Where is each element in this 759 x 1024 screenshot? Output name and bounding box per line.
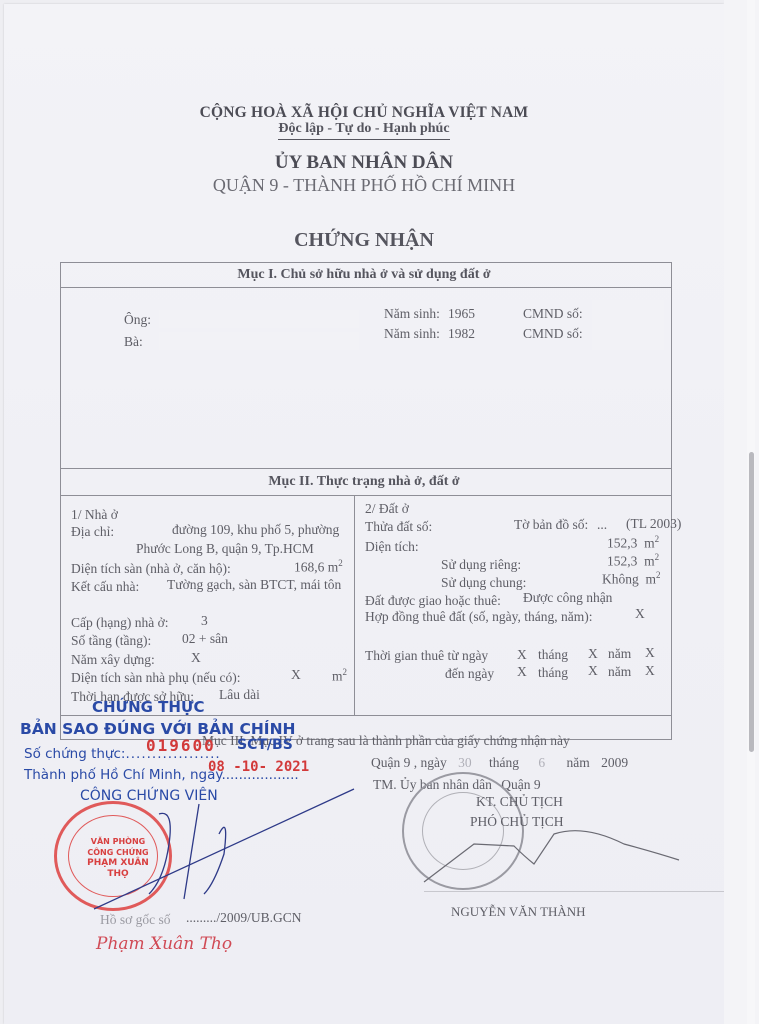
cert-book: SCT/BS	[237, 737, 293, 753]
divider	[354, 495, 355, 715]
unit: m	[328, 560, 339, 575]
allocation-label: Đất được giao hoặc thuê:	[365, 593, 501, 609]
lease-to-month: X	[588, 663, 598, 679]
notary-stamp-line1: CHỨNG THỰC	[92, 698, 205, 716]
owner-2-birth-label: Năm sinh:	[384, 326, 440, 342]
authority-location: QUẬN 9 - THÀNH PHỐ HỒ CHÍ MINH	[4, 175, 724, 196]
map-sheet-value: ...	[597, 517, 607, 533]
owner-2-name-redacted	[159, 332, 359, 350]
grade-label: Cấp (hạng) nhà ở:	[71, 615, 169, 631]
cert-no-label-text: Số chứng thực:	[24, 746, 125, 762]
document-page: CỘNG HOÀ XÃ HỘI CHỦ NGHĨA VIỆT NAM Độc l…	[4, 4, 724, 1024]
lease-from-year: X	[645, 645, 655, 661]
address-label: Địa chỉ:	[71, 524, 114, 540]
lease-contract-label: Hợp đồng thuê đất (số, ngày, tháng, năm)…	[365, 609, 592, 625]
lease-from-label: Thời gian thuê từ ngày	[365, 648, 488, 664]
land-area-label: Diện tích:	[365, 539, 419, 555]
divider	[60, 495, 672, 496]
land-area-value: 152,3 m2	[607, 534, 659, 552]
owner-1-id-label: CMND số:	[523, 306, 583, 322]
year-built-value: X	[191, 650, 201, 666]
floors-value: 02 + sân	[182, 631, 228, 647]
section2-title-text: Mục II. Thực trạng nhà ở, đất ở	[268, 474, 459, 489]
sign-year-label: năm	[566, 755, 589, 770]
aux-area-label: Diện tích sàn nhà phụ (nếu có):	[71, 670, 240, 686]
national-title: CỘNG HOÀ XÃ HỘI CHỦ NGHĨA VIỆT NAM	[4, 104, 724, 122]
national-motto: Độc lập - Tự do - Hạnh phúc	[4, 121, 724, 137]
owner-2-label: Bà:	[124, 334, 143, 350]
authority-title: ỦY BAN NHÂN DÂN	[4, 152, 724, 174]
lease-to-month-label: tháng	[538, 665, 568, 681]
floors-label: Số tầng (tầng):	[71, 633, 151, 649]
section2-title: Mục II. Thực trạng nhà ở, đất ở	[62, 474, 666, 490]
divider	[60, 468, 672, 469]
common-use-value: Không m2	[602, 570, 661, 588]
signature-line	[424, 891, 724, 892]
private-use-value: 152,3 m2	[607, 552, 659, 570]
lease-to-day: X	[517, 664, 527, 680]
lease-from-day: X	[517, 647, 527, 663]
allocation-value: Được công nhận	[523, 590, 612, 606]
common-use-label: Sử dụng chung:	[441, 575, 526, 591]
owner-1-name-redacted	[159, 310, 359, 328]
lease-from-year-label: năm	[608, 646, 631, 662]
original-file-label: Hồ sơ gốc số	[100, 912, 171, 928]
lease-contract-value: X	[635, 606, 645, 622]
notary-date: 08 -10- 2021	[208, 759, 309, 775]
address-line2: Phước Long B, quận 9, Tp.HCM	[136, 541, 314, 557]
address-line1: đường 109, khu phố 5, phường	[172, 522, 339, 538]
lease-to-label: đến ngày	[445, 666, 494, 682]
house-heading: 1/ Nhà ở	[71, 507, 118, 523]
divider	[60, 287, 672, 288]
sign-month: 6	[538, 755, 545, 770]
owner-2-id-label: CMND số:	[523, 326, 583, 342]
unit: m	[646, 572, 657, 587]
unit: m	[332, 669, 343, 684]
owner-1-label: Ông:	[124, 312, 151, 328]
private-use-label: Sử dụng riêng:	[441, 557, 521, 573]
place-prefix: Quận 9 , ngày	[371, 755, 447, 770]
lease-from-month-label: tháng	[538, 647, 568, 663]
owner-1-birth-year: 1965	[448, 306, 475, 322]
plot-label: Thửa đất số:	[365, 519, 432, 535]
map-sheet-label: Tờ bản đồ số:	[514, 517, 588, 533]
owner-1-birth-label: Năm sinh:	[384, 306, 440, 322]
lease-to-year: X	[645, 663, 655, 679]
grade-value: 3	[201, 613, 208, 629]
cert-no-value: 019600	[146, 736, 216, 755]
structure-label: Kết cấu nhà:	[71, 579, 139, 595]
lease-from-month: X	[588, 646, 598, 662]
land-heading: 2/ Đất ở	[365, 501, 409, 517]
aux-area-unit: m2	[332, 667, 347, 685]
owner-1-id-redacted	[592, 300, 664, 324]
unit: m	[644, 536, 655, 551]
common-use-number: Không	[602, 572, 639, 587]
map-ref: (TL 2003)	[626, 516, 681, 532]
lease-to-year-label: năm	[608, 664, 631, 680]
sign-month-label: tháng	[489, 755, 519, 770]
private-use-number: 152,3	[607, 554, 637, 569]
notary-signature	[64, 784, 364, 914]
document-title: CHỨNG NHẬN	[4, 229, 724, 252]
structure-value: Tường gạch, sàn BTCT, mái tôn	[167, 577, 341, 593]
floor-area-label: Diện tích sàn (nhà ở, căn hộ):	[71, 561, 231, 577]
notary-signature-name: Phạm Xuân Thọ	[96, 934, 232, 954]
scrollbar-thumb[interactable]	[749, 452, 754, 752]
section1-title: Mục I. Chủ sở hữu nhà ở và sử dụng đất ở	[62, 267, 666, 283]
land-area-number: 152,3	[607, 536, 637, 551]
ownership-term-value: Lâu dài	[219, 687, 260, 703]
floor-area-number: 168,6	[294, 560, 324, 575]
unit: m	[644, 554, 655, 569]
sign-place-date: Quận 9 , ngày 30 tháng 6 năm 2009	[371, 755, 628, 771]
floor-area-value: 168,6 m2	[294, 558, 343, 576]
owner-2-birth-year: 1982	[448, 326, 475, 342]
aux-area-value: X	[291, 667, 301, 683]
sign-day: 30	[458, 755, 472, 770]
district-signature	[384, 804, 684, 894]
owner-2-id-redacted	[592, 324, 664, 350]
motto-text: Độc lập - Tự do - Hạnh phúc	[278, 121, 449, 140]
sign-year: 2009	[601, 755, 628, 770]
city-date-text: Thành phố Hồ Chí Minh, ngày	[24, 767, 221, 783]
signer-name: NGUYỄN VĂN THÀNH	[451, 904, 586, 920]
year-built-label: Năm xây dựng:	[71, 652, 155, 668]
